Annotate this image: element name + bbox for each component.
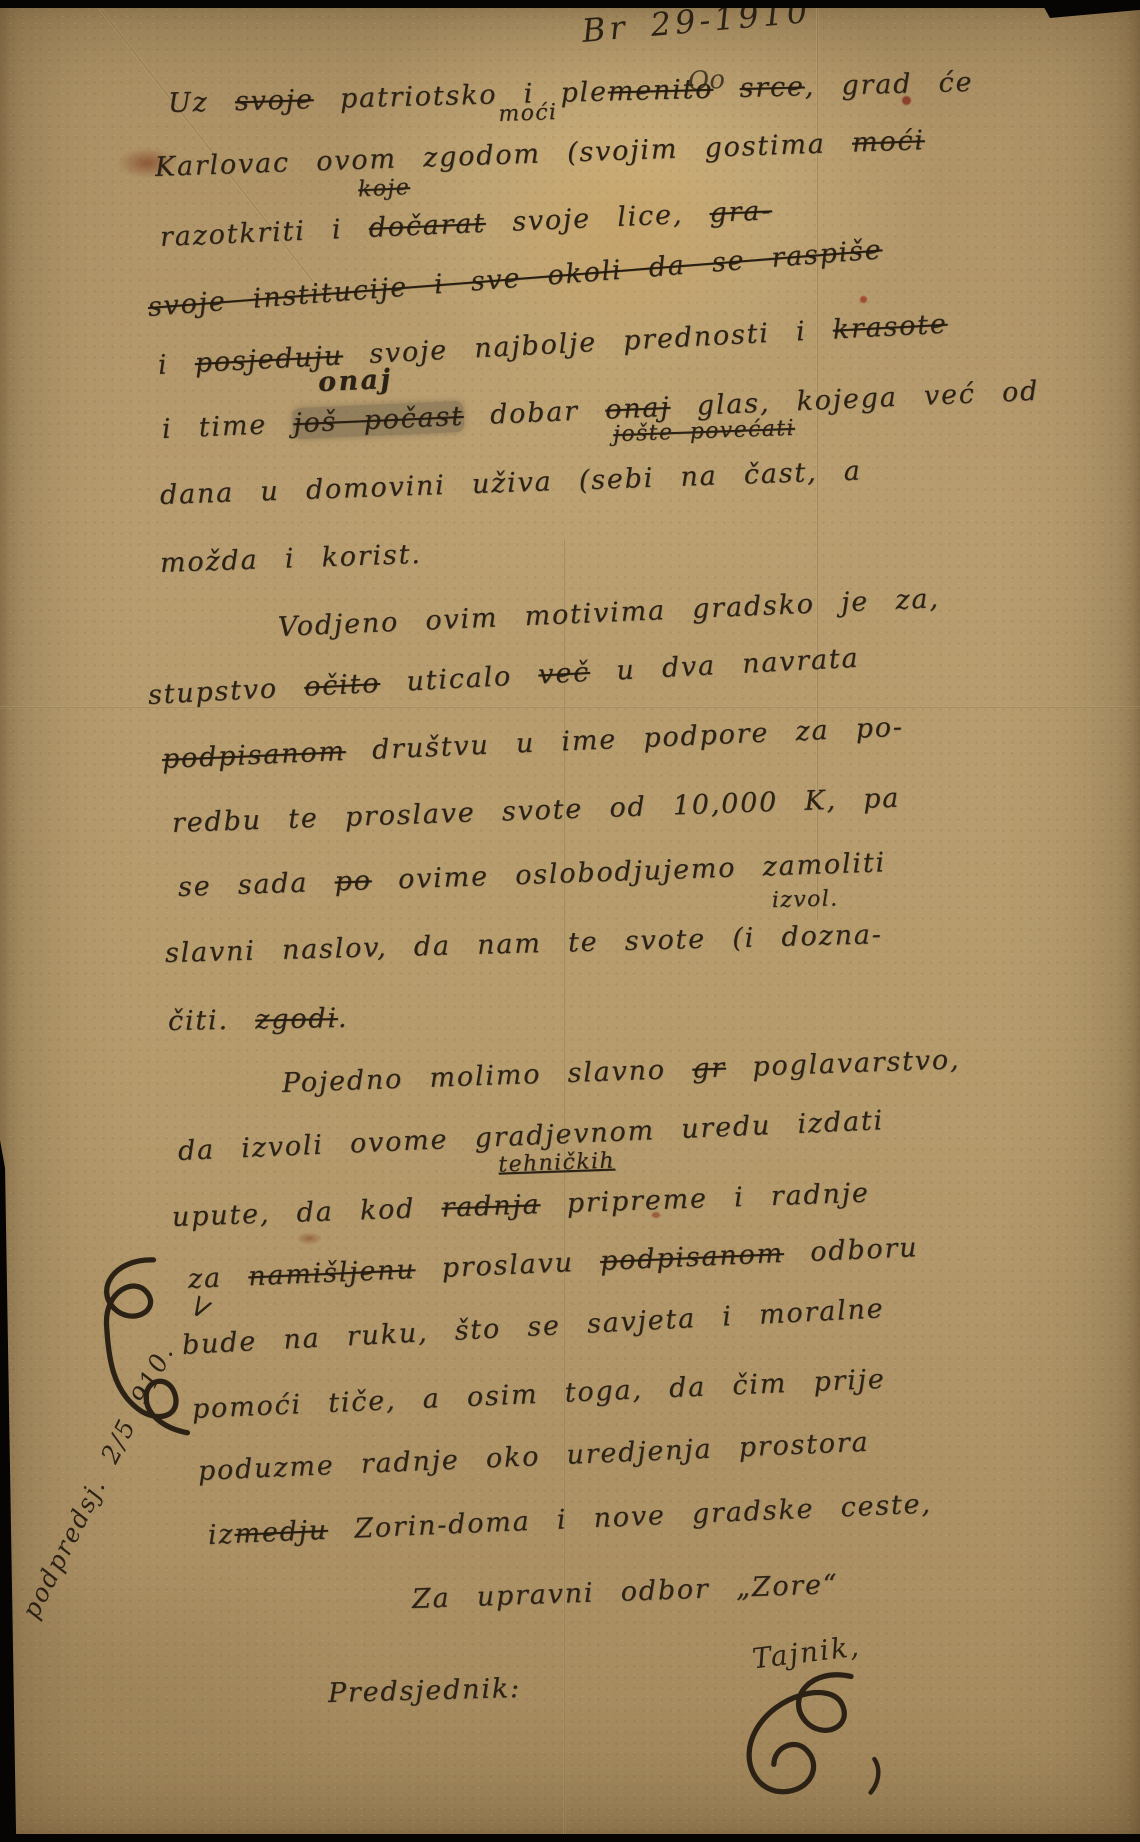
manuscript-line: pomoći tiče, a osim toga, da čim prije — [191, 1364, 886, 1425]
photo-edge — [1040, 0, 1140, 18]
manuscript-line: Karlovac ovom zgodom (svojim gostima moć… — [154, 125, 925, 183]
struck-text: podpisanom — [599, 1238, 784, 1277]
struck-text: dočarat — [368, 208, 486, 244]
handwriting-text: redbu te proslave svote od 10,000 K, pa — [171, 783, 900, 839]
handwriting-text: Zorin-doma i nove gradske ceste, — [327, 1488, 932, 1545]
struck-text: gra- — [709, 195, 773, 229]
struck-text: namišljenu — [248, 1254, 417, 1292]
secretary-label: Tajnik, — [750, 1629, 862, 1675]
manuscript-line: Predsjednik: — [328, 1673, 522, 1709]
handwriting-text: svoje najbolje prednosti i — [342, 315, 833, 372]
struck-text: zgodi — [255, 1003, 338, 1035]
manuscript-line: redbu te proslave svote od 10,000 K, pa — [171, 783, 900, 839]
red-spot — [860, 296, 867, 303]
handwriting-text: možda i korist. — [159, 539, 422, 579]
manuscript-line: i time još počast dobar onaj glas, kojeg… — [161, 376, 1039, 445]
manuscript-line: razotkriti i dočarat svoje lice, gra-koj… — [159, 195, 772, 253]
manuscript-line: bude na ruku, što se savjeta i moralne — [181, 1293, 885, 1361]
manuscript-line: izmedju Zorin-doma i nove gradske ceste, — [207, 1488, 932, 1551]
inserted-text: koje — [358, 175, 411, 202]
handwriting-text: pripreme i radnje — [540, 1178, 870, 1220]
handwriting-text: društvu u ime podpore za po- — [345, 712, 904, 767]
struck-text: još počast — [293, 401, 465, 439]
handwriting-text: dana u domovini uživa (sebi na čast, a — [159, 456, 862, 511]
inserted-text: moći — [498, 100, 558, 127]
handwriting-text: čiti. — [168, 1004, 256, 1037]
handwriting-text: se sada — [177, 867, 335, 903]
handwriting-text: slavni naslov, da nam te svote (i dozna- — [165, 919, 883, 969]
manuscript-line: Za upravni odbor „Zore“ — [411, 1569, 838, 1615]
manuscript-line: stupstvo očito uticalo več u dva navrata — [147, 643, 860, 711]
struck-text: po — [334, 865, 372, 897]
manuscript-line: poduzme radnje oko uredjenja prostora — [197, 1427, 870, 1487]
struck-text: svoje — [235, 84, 315, 117]
struck-text: gr — [692, 1053, 727, 1085]
handwriting-text: Vodjeno ovim motivima gradsko je za, — [277, 583, 940, 643]
handwriting-text: svojim gostima — [579, 128, 853, 168]
manuscript-page: Br 29-1910 Oo Uz svoje patriotsko i plem… — [0, 0, 1140, 1842]
inserted-text: jošte povećati — [613, 416, 796, 447]
handwriting-text: u dva navrata — [589, 643, 860, 688]
struck-text: podpisanom — [161, 736, 346, 775]
struck-text: menito — [607, 74, 713, 108]
handwriting-text: i — [157, 348, 195, 381]
red-spot — [296, 1232, 322, 1245]
reference-number: Br 29-1910 — [580, 0, 812, 50]
struck-text: radnja — [441, 1189, 541, 1223]
handwriting-text: odboru — [783, 1232, 919, 1269]
manuscript-line: upute, da kod radnja pripreme i radnjete… — [171, 1178, 870, 1233]
photo-edge — [0, 1834, 1140, 1842]
president-signature-flourish — [671, 1655, 892, 1827]
struck-text: medju — [234, 1515, 329, 1550]
handwriting-text — [713, 73, 740, 105]
handwriting-text: Pojedno molimo slavno — [281, 1054, 692, 1099]
inserted-text: tehničkih — [498, 1149, 616, 1178]
manuscript-line: Uz svoje patriotsko i plemenito srce, gr… — [168, 67, 974, 119]
handwriting-text: pomoći tiče, a osim toga, da čim prije — [191, 1364, 886, 1425]
manuscript-line: slavni naslov, da nam te svote (i dozna-… — [165, 919, 883, 969]
handwriting-text: Uz — [168, 86, 236, 119]
handwriting-text: svoje lice, — [485, 198, 710, 239]
handwriting-text: patriotsko i ple — [313, 76, 608, 115]
handwriting-text: i time — [161, 408, 294, 445]
manuscript-line: Pojedno molimo slavno gr poglavarstvo, — [281, 1044, 960, 1099]
manuscript-line: možda i korist. — [159, 539, 422, 579]
struck-text: očito — [303, 668, 381, 703]
photo-edge — [0, 0, 1140, 8]
handwriting-text: , grad će — [804, 67, 973, 102]
handwriting-text: glas, kojega već od — [670, 376, 1040, 423]
inserted-text: onaj — [317, 364, 393, 398]
handwriting-text: proslavu — [415, 1246, 601, 1285]
struck-text: več — [538, 657, 591, 691]
manuscript-line: Vodjeno ovim motivima gradsko je za, — [277, 583, 940, 643]
manuscript-line: i posjeduju svoje najbolje prednosti i k… — [157, 309, 948, 381]
manuscript-line: za namišljenu proslavu podpisanom odboru — [187, 1232, 919, 1295]
struck-text: krasote — [832, 309, 948, 346]
manuscript-line: dana u domovini uživa (sebi na čast, ajo… — [159, 456, 862, 511]
struck-text: moći — [851, 125, 925, 159]
handwriting-text: poduzme radnje oko uredjenja prostora — [197, 1427, 870, 1487]
photo-edge — [0, 1140, 18, 1842]
handwriting-text: Predsjednik: — [328, 1673, 522, 1709]
handwriting-text: razotkriti i — [159, 213, 369, 253]
handwriting-text: . — [338, 1003, 349, 1034]
manuscript-line: čiti. zgodi. — [168, 1003, 349, 1037]
handwriting-text: bude na ruku, što se savjeta i moralne — [181, 1293, 885, 1361]
handwriting-text: poglavarstvo, — [725, 1044, 960, 1083]
handwriting-text: dobar — [463, 395, 606, 432]
inserted-text: izvol. — [771, 886, 838, 913]
struck-text: srce — [739, 71, 805, 104]
manuscript-line: podpisanom društvu u ime podpore za po- — [161, 712, 904, 775]
handwriting-text: Za upravni odbor „Zore“ — [411, 1569, 838, 1615]
handwriting-text: uticalo — [379, 660, 539, 699]
handwriting-text: iz — [207, 1519, 235, 1551]
handwriting-text: stupstvo — [147, 672, 305, 711]
